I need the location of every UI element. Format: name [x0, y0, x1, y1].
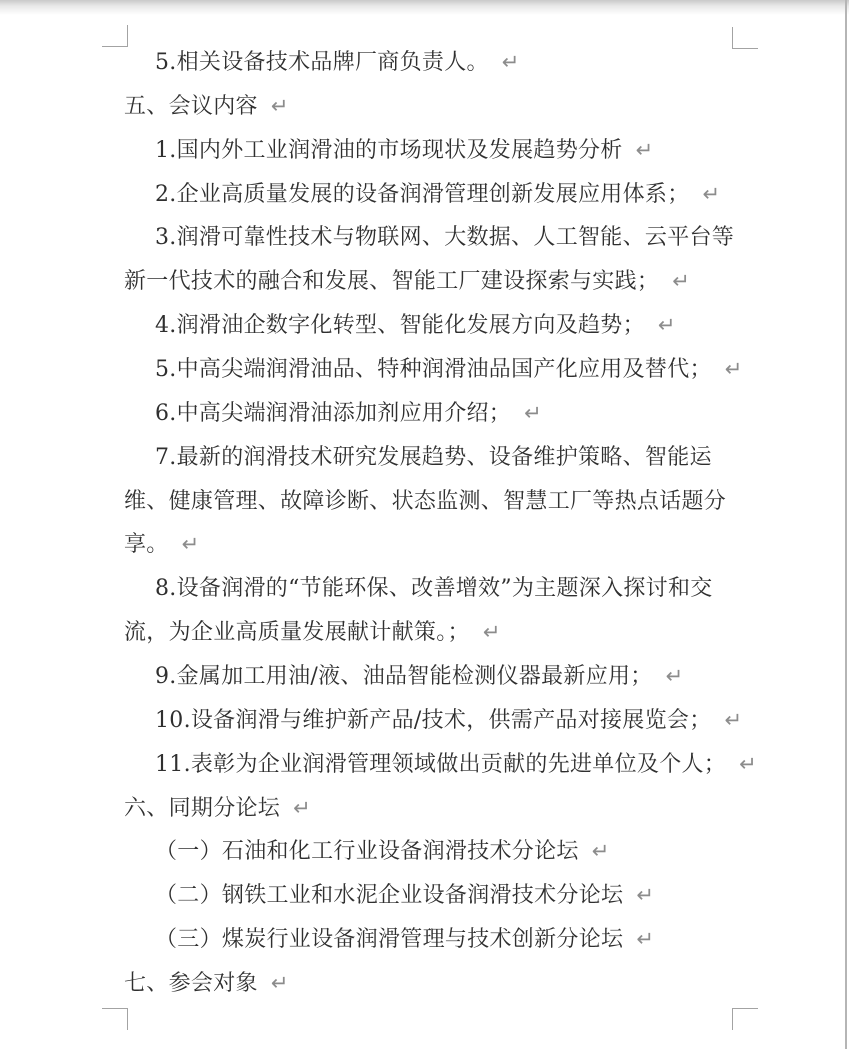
text-line: 六、同期分论坛↵	[124, 787, 764, 831]
text-line: 3.润滑可靠性技术与物联网、大数据、人工智能、云平台等	[124, 216, 764, 260]
text-line: 七、参会对象↵	[124, 962, 764, 1006]
paragraph-return-icon: ↵	[524, 401, 542, 425]
list-item: 9.金属加工用油/液、油品智能检测仪器最新应用；↵	[124, 655, 764, 699]
text-line: 维、健康管理、故障诊断、状态监测、智慧工厂等热点话题分	[124, 480, 764, 524]
list-item: 4.润滑油企数字化转型、智能化发展方向及趋势；↵	[124, 304, 764, 348]
text-line: 5.中高尖端润滑油品、特种润滑油品国产化应用及替代；↵	[124, 348, 764, 392]
list-item: 5.中高尖端润滑油品、特种润滑油品国产化应用及替代；↵	[124, 348, 764, 392]
text-run: （二）钢铁工业和水泥企业设备润滑技术分论坛	[155, 883, 623, 908]
text-line: 5.相关设备技术品牌厂商负责人。↵	[124, 41, 764, 85]
text-run: 五、会议内容	[124, 94, 258, 119]
paragraph-return-icon: ↵	[725, 708, 743, 732]
text-line: （二）钢铁工业和水泥企业设备润滑技术分论坛↵	[124, 874, 764, 918]
text-run: 享。	[124, 532, 169, 557]
text-run: 1.国内外工业润滑油的市场现状及发展趋势分析	[155, 138, 623, 163]
paragraph-return-icon: ↵	[271, 971, 289, 995]
document-page: 5.相关设备技术品牌厂商负责人。↵五、会议内容↵1.国内外工业润滑油的市场现状及…	[0, 0, 849, 1049]
text-line: 9.金属加工用油/液、油品智能检测仪器最新应用；↵	[124, 655, 764, 699]
text-run: 4.润滑油企数字化转型、智能化发展方向及趋势；	[155, 313, 645, 338]
paragraph-return-icon: ↵	[725, 357, 743, 381]
list-item: 7.最新的润滑技术研究发展趋势、设备维护策略、智能运维、健康管理、故障诊断、状态…	[124, 436, 764, 568]
text-run: （一）石油和化工行业设备润滑技术分论坛	[155, 839, 579, 864]
text-run: 2.企业高质量发展的设备润滑管理创新发展应用体系；	[155, 182, 690, 207]
text-line: 7.最新的润滑技术研究发展趋势、设备维护策略、智能运	[124, 436, 764, 480]
text-line: （三）煤炭行业设备润滑管理与技术创新分论坛↵	[124, 918, 764, 962]
list-item: 3.润滑可靠性技术与物联网、大数据、人工智能、云平台等新一代技术的融合和发展、智…	[124, 216, 764, 304]
paragraph-return-icon: ↵	[672, 269, 690, 293]
text-run: 3.润滑可靠性技术与物联网、大数据、人工智能、云平台等	[155, 225, 734, 250]
text-line: 11.表彰为企业润滑管理领域做出贡献的先进单位及个人；↵	[124, 743, 764, 787]
paragraph-return-icon: ↵	[502, 50, 520, 74]
paragraph-return-icon: ↵	[658, 313, 676, 337]
section-heading: 五、会议内容↵	[124, 85, 764, 129]
text-run: 10.设备润滑与维护新产品/技术，供需产品对接展览会；	[155, 708, 712, 733]
paragraph-return-icon: ↵	[592, 839, 610, 863]
text-line: 五、会议内容↵	[124, 85, 764, 129]
paragraph-return-icon: ↵	[636, 138, 654, 162]
paragraph-return-icon: ↵	[293, 796, 311, 820]
text-line: 6.中高尖端润滑油添加剂应用介绍；↵	[124, 392, 764, 436]
list-item: 2.企业高质量发展的设备润滑管理创新发展应用体系；↵	[124, 173, 764, 217]
text-run: 11.表彰为企业润滑管理领域做出贡献的先进单位及个人；	[155, 752, 726, 777]
text-run: 维、健康管理、故障诊断、状态监测、智慧工厂等热点话题分	[124, 489, 726, 514]
list-item: （一）石油和化工行业设备润滑技术分论坛↵	[124, 830, 764, 874]
text-run: 七、参会对象	[124, 971, 258, 996]
list-item: （三）煤炭行业设备润滑管理与技术创新分论坛↵	[124, 918, 764, 962]
text-run: 7.最新的润滑技术研究发展趋势、设备维护策略、智能运	[155, 445, 712, 470]
page-right-edge	[845, 0, 847, 1049]
text-line: 1.国内外工业润滑油的市场现状及发展趋势分析↵	[124, 129, 764, 173]
text-line: 8.设备润滑的“节能环保、改善增效”为主题深入探讨和交	[124, 567, 764, 611]
paragraph-return-icon: ↵	[739, 752, 757, 776]
text-line: 流，为企业高质量发展献计献策。；↵	[124, 611, 764, 655]
paragraph-return-icon: ↵	[666, 664, 684, 688]
paragraph-return-icon: ↵	[182, 532, 200, 556]
list-item: 6.中高尖端润滑油添加剂应用介绍；↵	[124, 392, 764, 436]
list-item: （二）钢铁工业和水泥企业设备润滑技术分论坛↵	[124, 874, 764, 918]
paragraph-return-icon: ↵	[483, 620, 501, 644]
section-heading: 六、同期分论坛↵	[124, 787, 764, 831]
list-item: 1.国内外工业润滑油的市场现状及发展趋势分析↵	[124, 129, 764, 173]
crop-mark-bottom-left	[102, 1008, 128, 1030]
list-item: 11.表彰为企业润滑管理领域做出贡献的先进单位及个人；↵	[124, 743, 764, 787]
document-content: 5.相关设备技术品牌厂商负责人。↵五、会议内容↵1.国内外工业润滑油的市场现状及…	[124, 41, 764, 1006]
text-run: 9.金属加工用油/液、油品智能检测仪器最新应用；	[155, 664, 653, 689]
text-run: 新一代技术的融合和发展、智能工厂建设探索与实践；	[124, 269, 659, 294]
list-item: 8.设备润滑的“节能环保、改善增效”为主题深入探讨和交流，为企业高质量发展献计献…	[124, 567, 764, 655]
page-top-shadow	[0, 0, 849, 15]
paragraph-return-icon: ↵	[636, 927, 654, 951]
list-item: 10.设备润滑与维护新产品/技术，供需产品对接展览会；↵	[124, 699, 764, 743]
text-line: 4.润滑油企数字化转型、智能化发展方向及趋势；↵	[124, 304, 764, 348]
text-run: 5.相关设备技术品牌厂商负责人。	[155, 50, 489, 75]
section-heading: 七、参会对象↵	[124, 962, 764, 1006]
text-run: 6.中高尖端润滑油添加剂应用介绍；	[155, 401, 511, 426]
text-run: （三）煤炭行业设备润滑管理与技术创新分论坛	[155, 927, 623, 952]
text-line: 享。↵	[124, 523, 764, 567]
paragraph-return-icon: ↵	[271, 94, 289, 118]
text-line: 10.设备润滑与维护新产品/技术，供需产品对接展览会；↵	[124, 699, 764, 743]
text-run: 六、同期分论坛	[124, 796, 280, 821]
text-run: 8.设备润滑的“节能环保、改善增效”为主题深入探讨和交	[155, 576, 713, 601]
text-line: （一）石油和化工行业设备润滑技术分论坛↵	[124, 830, 764, 874]
list-item: 5.相关设备技术品牌厂商负责人。↵	[124, 41, 764, 85]
paragraph-return-icon: ↵	[636, 883, 654, 907]
paragraph-return-icon: ↵	[703, 182, 721, 206]
text-run: 5.中高尖端润滑油品、特种润滑油品国产化应用及替代；	[155, 357, 712, 382]
text-line: 2.企业高质量发展的设备润滑管理创新发展应用体系；↵	[124, 173, 764, 217]
text-line: 新一代技术的融合和发展、智能工厂建设探索与实践；↵	[124, 260, 764, 304]
text-run: 流，为企业高质量发展献计献策。；	[124, 620, 470, 645]
crop-mark-bottom-right	[732, 1008, 758, 1030]
